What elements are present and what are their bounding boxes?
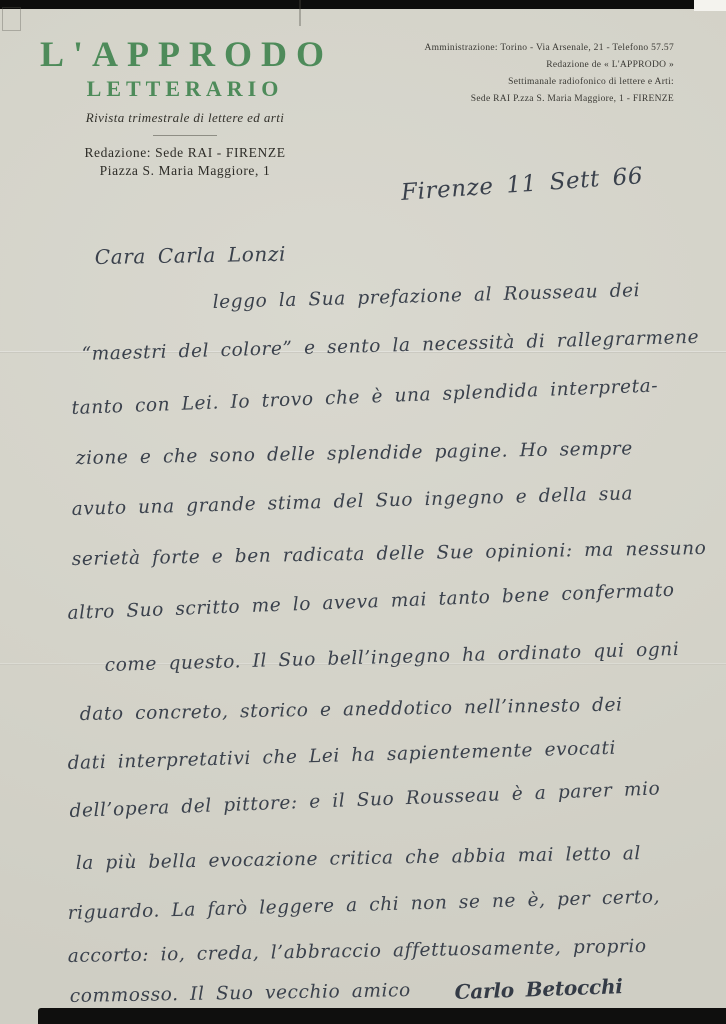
scan-corner-notch xyxy=(694,0,726,11)
admin-address-line: Sede RAI P.zza S. Maria Maggiore, 1 - FI… xyxy=(354,91,674,108)
letterhead-right-block: Amministrazione: Torino - Via Arsenale, … xyxy=(354,40,674,108)
redazione-address-line2: Piazza S. Maria Maggiore, 1 xyxy=(40,162,330,180)
handwritten-line: accorto: io, creda, l’abbraccio affettuo… xyxy=(68,936,647,967)
handwritten-line: dato concreto, storico e aneddotico nell… xyxy=(80,695,623,725)
closing-line: commosso. Il Suo vecchio amico xyxy=(70,980,411,1007)
handwritten-line: avuto una grande stima del Suo ingegno e… xyxy=(71,483,633,520)
paper-crease-top xyxy=(299,0,301,26)
admin-address-line: Amministrazione: Torino - Via Arsenale, … xyxy=(354,40,674,57)
handwritten-line: leggo la Sua prefazione al Rousseau dei xyxy=(212,280,640,313)
signature: Carlo Betocchi xyxy=(454,974,623,1004)
letterhead-left-block: L'APPRODO LETTERARIO Rivista trimestrale… xyxy=(40,36,330,180)
handwritten-line: dati interpretativi che Lei ha sapientem… xyxy=(67,738,616,774)
salutation: Cara Carla Lonzi xyxy=(95,242,287,269)
handwritten-line: riguardo. La farò leggere a chi non se n… xyxy=(67,886,660,924)
scan-edge-top xyxy=(0,0,726,9)
handwritten-line: dell’opera del pittore: e il Suo Roussea… xyxy=(69,778,660,822)
scan-mark-top-left xyxy=(2,7,21,31)
handwritten-line: altro Suo scritto me lo aveva mai tanto … xyxy=(67,580,675,624)
handwritten-line: “maestri del colore” e sento la necessit… xyxy=(81,327,699,365)
magazine-tagline: Rivista trimestrale di lettere ed arti xyxy=(40,110,330,126)
scanned-letter-page: L'APPRODO LETTERARIO Rivista trimestrale… xyxy=(0,0,726,1024)
redazione-address-line1: Redazione: Sede RAI - FIRENZE xyxy=(40,144,330,162)
handwritten-line: zione e che sono delle splendide pagine.… xyxy=(76,438,633,469)
scan-edge-bottom xyxy=(38,1008,726,1024)
handwritten-line: serietà forte e ben radicata delle Sue o… xyxy=(72,538,707,570)
handwritten-line: come questo. Il Suo bell’ingegno ha ordi… xyxy=(104,639,679,676)
handwritten-date: Firenze 11 Sett 66 xyxy=(400,163,644,206)
admin-address-line: Settimanale radiofonico di lettere e Art… xyxy=(354,74,674,91)
magazine-title: L'APPRODO xyxy=(40,36,330,72)
letterhead-divider xyxy=(153,135,217,136)
magazine-subtitle: LETTERARIO xyxy=(40,76,330,102)
admin-address-line: Redazione de « L'APPRODO » xyxy=(354,57,674,74)
handwritten-line: tanto con Lei. Io trovo che è una splend… xyxy=(71,375,658,419)
handwritten-line: la più bella evocazione critica che abbi… xyxy=(76,843,642,874)
